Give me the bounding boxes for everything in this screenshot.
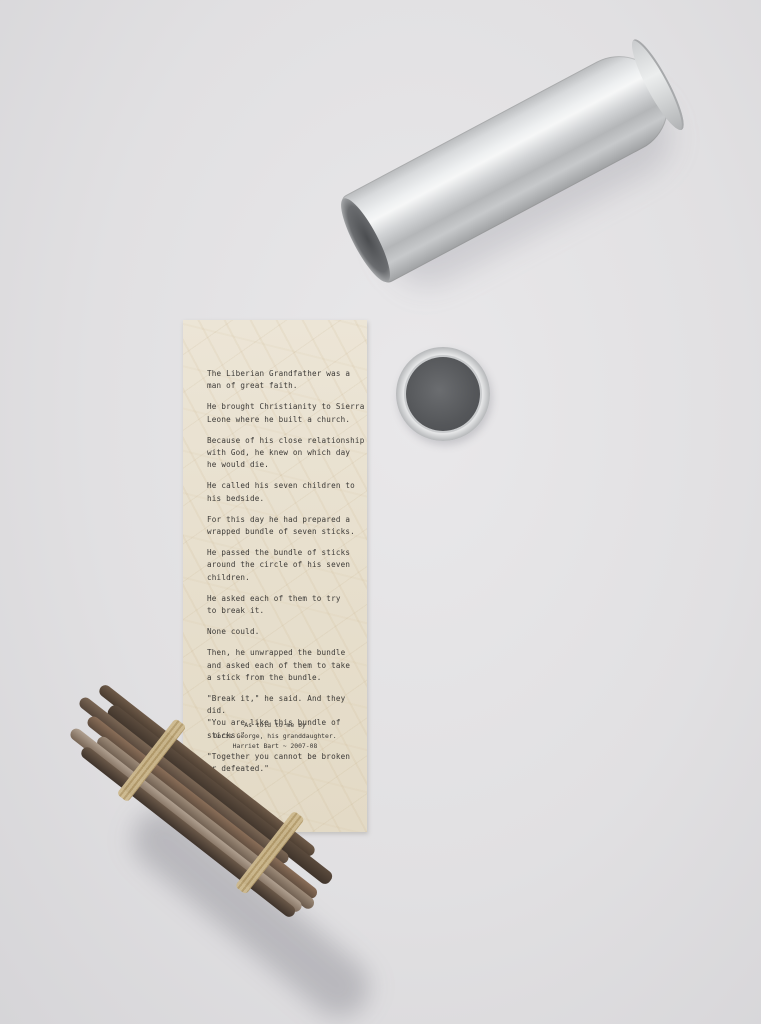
story-paragraph: He called his seven children to his beds… [207,480,367,504]
tube-end-rim [624,35,691,135]
story-paragraph: He passed the bundle of sticks around th… [207,547,367,584]
stick-bundle [80,640,380,940]
story-paragraph: None could. [207,626,367,638]
tube-opening [333,193,398,287]
story-paragraph: He brought Christianity to Sierra Leone … [207,401,367,425]
story-paragraph: For this day he had prepared a wrapped b… [207,514,367,538]
story-paragraph: The Liberian Grandfather was a man of gr… [207,368,367,392]
story-paragraph: He asked each of them to try to break it… [207,593,367,617]
tin-lid [396,347,490,441]
story-paragraph: Because of his close relationship with G… [207,435,367,472]
lid-inner-disc [406,357,480,431]
artwork-scene: The Liberian Grandfather was a man of gr… [0,0,761,1024]
tin-tube [350,95,680,340]
